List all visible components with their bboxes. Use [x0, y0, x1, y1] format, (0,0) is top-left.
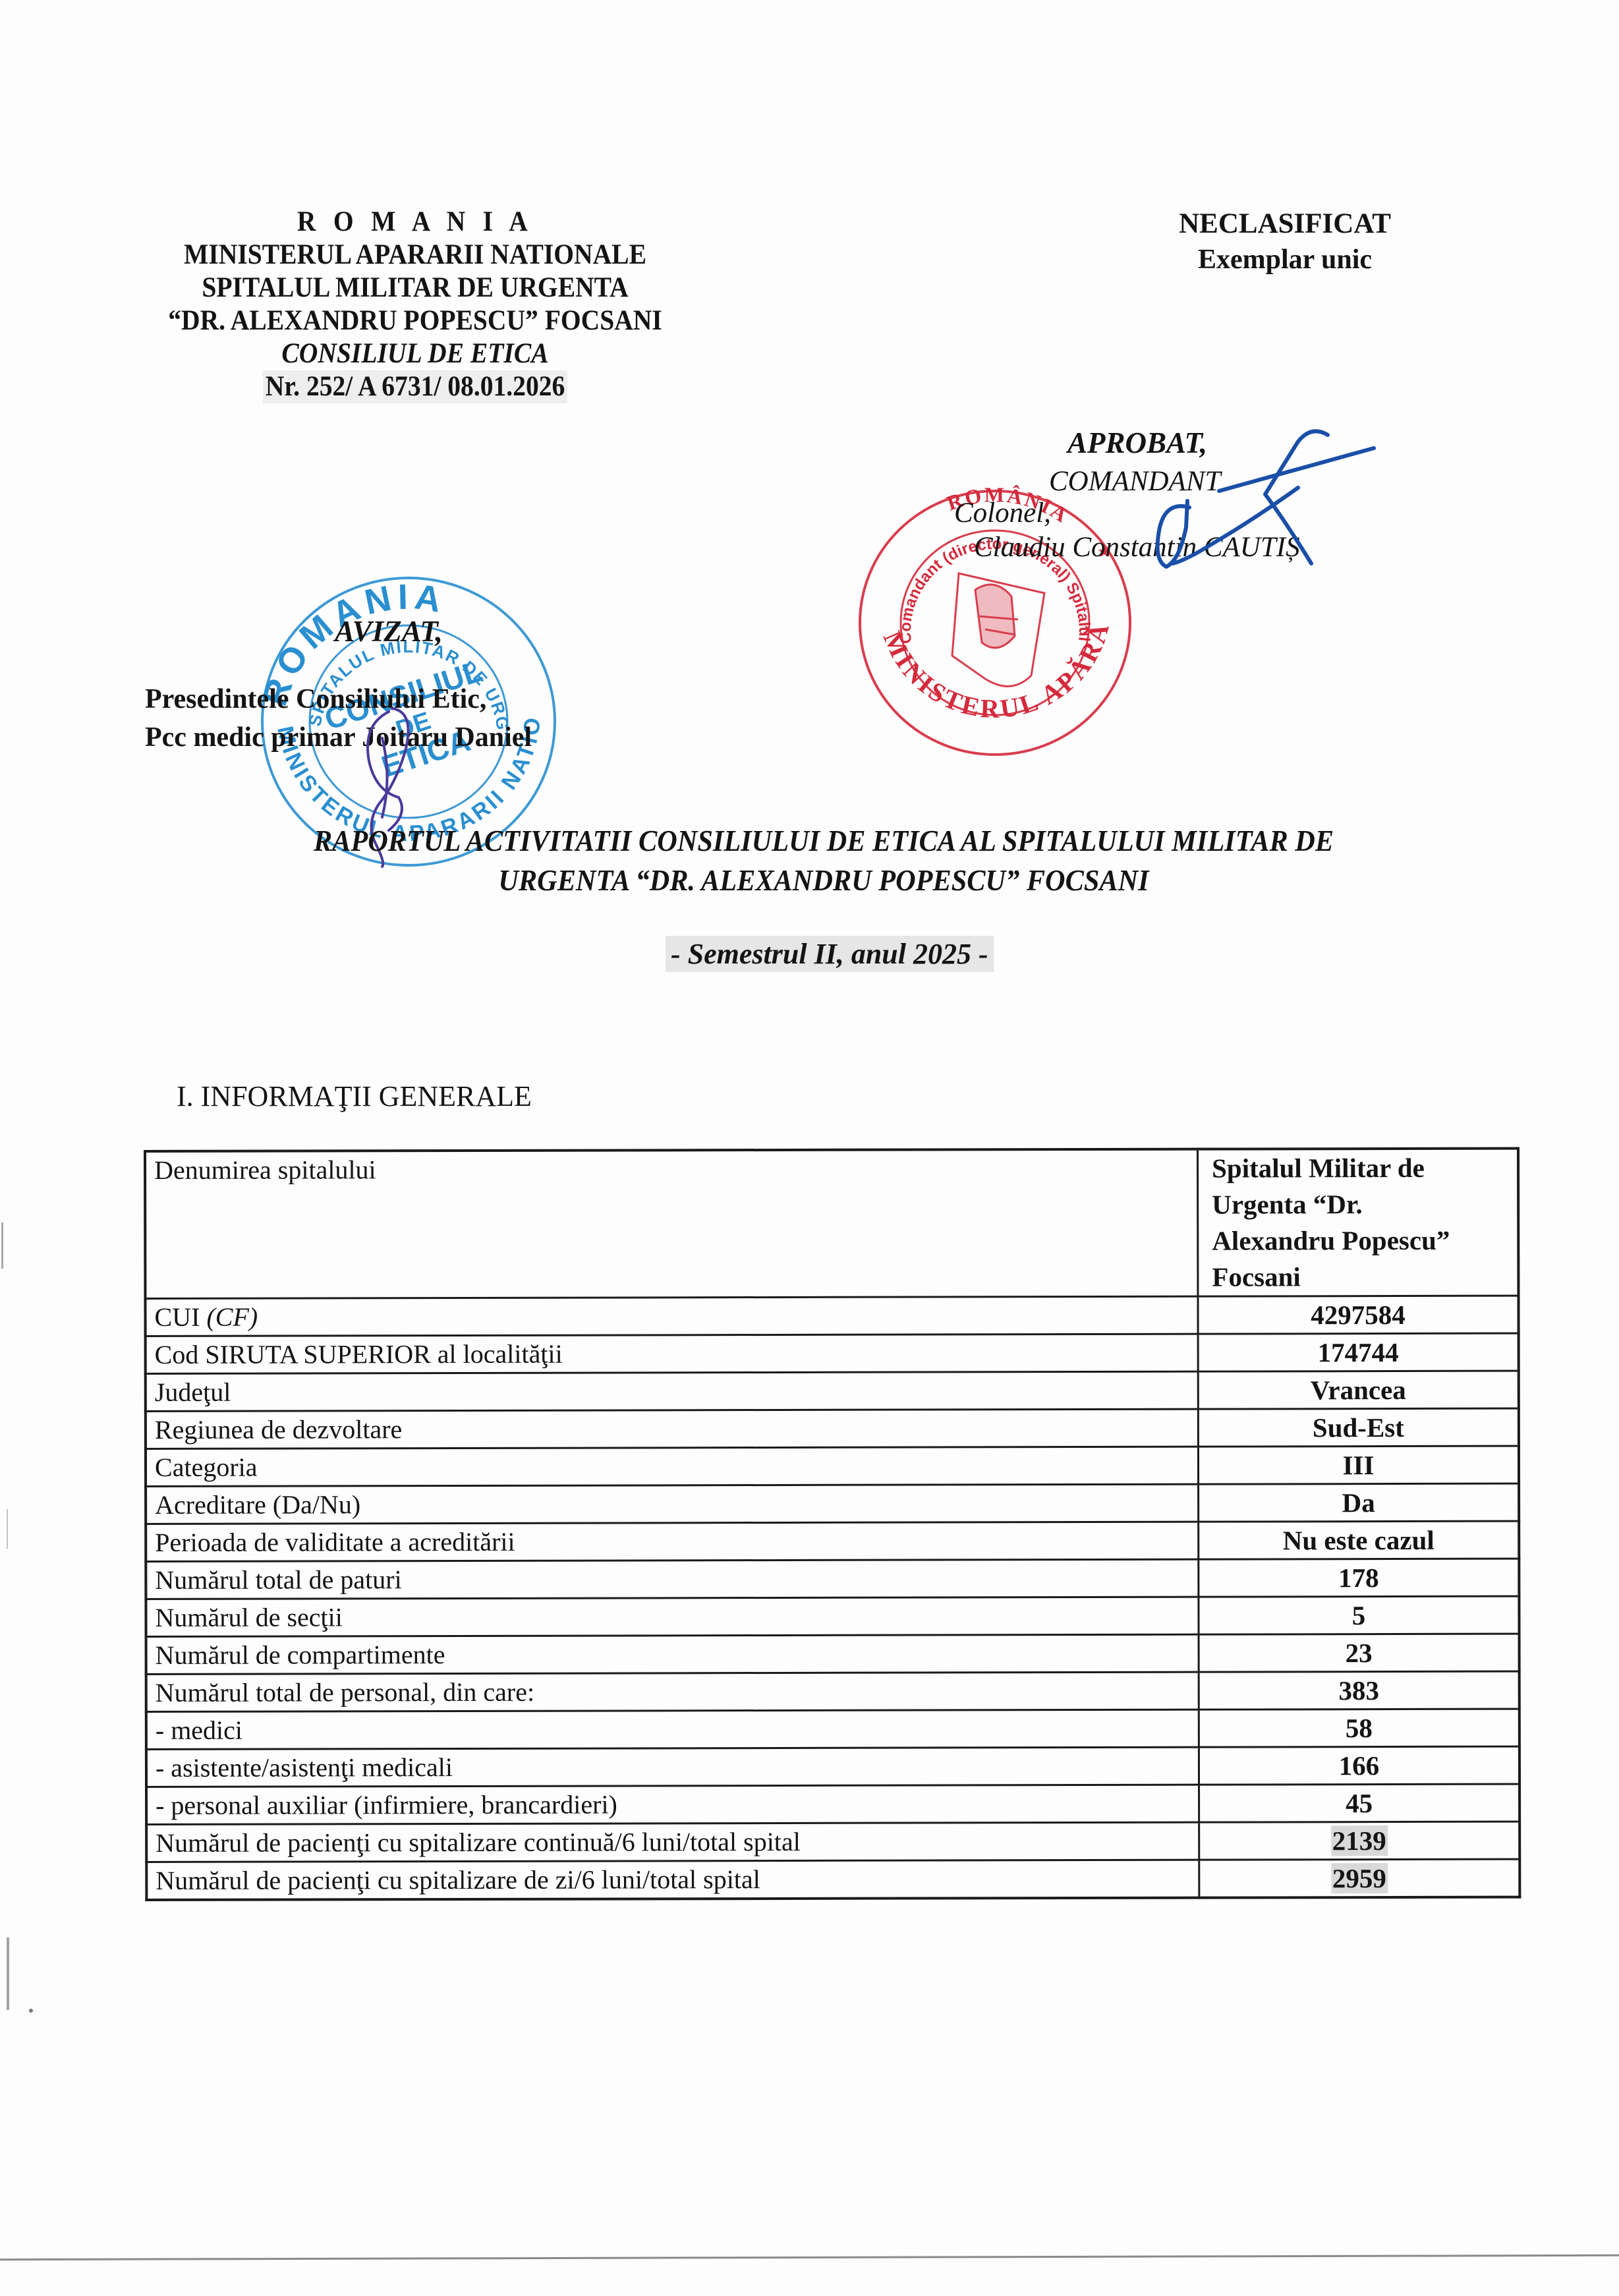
scan-artifact	[29, 2009, 33, 2013]
table-row: Denumirea spitalului Spitalul Militar de…	[145, 1149, 1518, 1299]
hospital-line-2: “DR. ALEXANDRU POPESCU” FOCSANI	[142, 304, 688, 337]
table-row: Acreditare (Da/Nu) Da	[146, 1483, 1519, 1524]
table-cell-value: 45	[1199, 1784, 1520, 1822]
table-row: CUI (CF) 4297584	[145, 1296, 1518, 1336]
endorsement-label: AVIZAT,	[335, 614, 443, 648]
classification-block: NECLASIFICAT Exemplar unic	[1166, 206, 1404, 278]
scan-edge-line	[0, 2254, 1619, 2260]
table-cell-value: Nu este cazul	[1199, 1521, 1520, 1559]
council-line: CONSILIUL DE ETICA	[142, 337, 688, 370]
report-title-line-1: RAPORTUL ACTIVITATII CONSILIULUI DE ETIC…	[266, 821, 1382, 861]
table-cell-label: Numărul de secţii	[146, 1597, 1199, 1636]
table-cell-label: Judeţul	[146, 1371, 1199, 1411]
table-cell-label: Denumirea spitalului	[145, 1149, 1198, 1299]
ministry-line: MINISTERUL APARARII NATIONALE	[142, 239, 688, 272]
table-cell-label: Numărul de pacienţi cu spitalizare de zi…	[146, 1860, 1199, 1900]
table-cell-label: CUI (CF)	[145, 1296, 1198, 1336]
table-row: Numărul total de paturi 178	[146, 1559, 1519, 1599]
table-cell-label: Numărul de compartimente	[146, 1634, 1199, 1674]
table-cell-value: 383	[1199, 1671, 1520, 1709]
endorsement-name: Pcc medic primar Joitaru Daniel	[145, 718, 532, 757]
table-cell-label: Categoria	[146, 1447, 1199, 1486]
table-cell-value: Vrancea	[1198, 1371, 1519, 1409]
report-period: - Semestrul II, anul 2025 -	[666, 936, 994, 972]
table-row: Judeţul Vrancea	[146, 1371, 1519, 1411]
table-cell-value: III	[1198, 1446, 1519, 1484]
table-row: - personal auxiliar (infirmiere, brancar…	[146, 1784, 1520, 1824]
table-row: Cod SIRUTA SUPERIOR al localităţii 17474…	[146, 1333, 1519, 1373]
table-cell-value: Da	[1199, 1483, 1520, 1522]
commander-signature	[1114, 422, 1390, 593]
table-cell-value: 174744	[1198, 1333, 1519, 1371]
endorsement-block: Presedintele Consiliului Etic, Pcc medic…	[145, 680, 532, 757]
table-cell-label: - medici	[146, 1709, 1199, 1749]
table-row: - asistente/asistenţi medicali 166	[146, 1746, 1520, 1787]
table-cell-label: Perioada de validitate a acreditării	[146, 1522, 1199, 1561]
table-row: Numărul de secţii 5	[146, 1596, 1519, 1636]
registration-number: Nr. 252/ A 6731/ 08.01.2026	[263, 370, 567, 403]
table-cell-label: Numărul total de personal, din care:	[146, 1672, 1199, 1711]
table-cell-value: 4297584	[1198, 1296, 1519, 1334]
table-cell-value: 2139	[1199, 1822, 1520, 1860]
report-title-line-2: URGENTA “DR. ALEXANDRU POPESCU” FOCSANI	[266, 861, 1382, 900]
table-cell-value: 166	[1199, 1746, 1520, 1785]
table-row: - medici 58	[146, 1709, 1520, 1749]
scan-artifact	[7, 1509, 8, 1549]
table-cell-label: - asistente/asistenţi medicali	[146, 1747, 1199, 1787]
table-cell-value: 58	[1199, 1709, 1520, 1747]
general-info-table: Denumirea spitalului Spitalul Militar de…	[144, 1147, 1521, 1901]
table-row: Numărul de pacienţi cu spitalizare conti…	[146, 1822, 1520, 1862]
scan-artifact	[7, 1937, 9, 2010]
table-cell-label: - personal auxiliar (infirmiere, brancar…	[146, 1785, 1199, 1824]
table-row: Categoria III	[146, 1446, 1519, 1486]
table-cell-label: Regiunea de dezvoltare	[146, 1409, 1199, 1449]
endorsement-role: Presedintele Consiliului Etic,	[145, 680, 532, 718]
table-cell-label: Cod SIRUTA SUPERIOR al localităţii	[146, 1334, 1199, 1373]
table-cell-value: Spitalul Militar de Urgenta “Dr. Alexand…	[1198, 1149, 1519, 1297]
classification-label: NECLASIFICAT	[1166, 206, 1404, 242]
report-title: RAPORTUL ACTIVITATII CONSILIULUI DE ETIC…	[266, 821, 1382, 900]
table-row: Regiunea de dezvoltare Sud-Est	[146, 1408, 1519, 1449]
table-cell-label: Acreditare (Da/Nu)	[146, 1484, 1199, 1524]
section-title: I. INFORMAŢII GENERALE	[177, 1079, 532, 1113]
table-cell-value: Sud-Est	[1198, 1408, 1519, 1447]
scan-artifact	[1, 1222, 3, 1269]
table-row: Numărul de compartimente 23	[146, 1634, 1520, 1674]
country-line: R O M A N I A	[142, 206, 688, 239]
table-cell-value: 5	[1199, 1596, 1520, 1634]
table-cell-label: Numărul total de paturi	[146, 1559, 1199, 1599]
table-row: Numărul de pacienţi cu spitalizare de zi…	[146, 1859, 1520, 1900]
table-row: Numărul total de personal, din care: 383	[146, 1671, 1520, 1711]
copy-label: Exemplar unic	[1166, 242, 1404, 278]
table-row: Perioada de validitate a acreditării Nu …	[146, 1521, 1519, 1561]
table-cell-value: 2959	[1199, 1859, 1520, 1898]
table-cell-value: 178	[1199, 1559, 1520, 1597]
table-cell-value: 23	[1199, 1634, 1520, 1672]
approval-rank: Colonel,	[954, 497, 1051, 529]
issuer-header: R O M A N I A MINISTERUL APARARII NATION…	[142, 206, 688, 403]
hospital-line-1: SPITALUL MILITAR DE URGENTA	[142, 272, 688, 304]
table-cell-label: Numărul de pacienţi cu spitalizare conti…	[146, 1822, 1199, 1862]
